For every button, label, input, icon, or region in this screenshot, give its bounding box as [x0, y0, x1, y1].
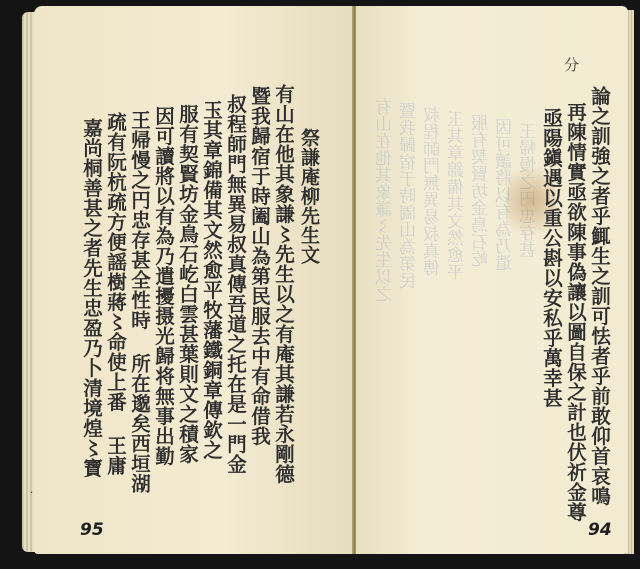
bleed-through-text: 服有契賢坊金鳥石屹	[472, 114, 492, 267]
text-column: 暨我歸宿于時阖山為第民服去中有命借我	[248, 86, 270, 446]
text-column: 有山在他其象謙〻先生以之有庵其謙若永剛德	[272, 84, 294, 484]
open-book: ·:·· 祭謙庵柳先生文 有山在他其象謙〻先生以之有庵其謙若永剛德 暨我歸宿于時…	[22, 2, 634, 562]
header-mark: 分	[564, 54, 579, 75]
page-number-left: 95	[80, 520, 104, 540]
text-column: 因可讀將以有為乃遣擾摄光歸将無事出勤	[152, 106, 174, 466]
text-column: 疏有阮杭疏方便謡樹蔣〻命使上番 王庸	[104, 112, 126, 476]
text-column: 亟陽鎭遇以重公斟以安私乎萬幸甚	[540, 108, 562, 408]
bleed-through-text: 叔程師門無異易叔真傳	[424, 106, 444, 276]
text-column: 王帰慢之円忠存甚全性時 所在邈矣西垣湖	[128, 110, 150, 494]
text-column: 叔程師門無異易叔真傳吾道之托在是一門金	[224, 94, 246, 474]
right-page: 有山在他其象謙〻先生以之 暨我歸宿于時阖山為第民 叔程師門無異易叔真傳 玉其章錦…	[356, 6, 628, 554]
essay-title: 祭謙庵柳先生文	[298, 128, 320, 265]
text-column: 論之訓強之者乎鮿生之訓可怯者乎前敢仰首哀鳴	[588, 86, 610, 506]
bleed-through-text: 玉其章錦備其文然愈平	[448, 110, 468, 280]
text-column: 再陳情實亟欲陳事偽讓以圖自保之計也伏祈金尊	[564, 102, 586, 522]
text-column: 玉其章錦備其文然愈平牧藩鐵銅章傳欽之	[200, 100, 222, 460]
text-column: 服有契賢坊金鳥石屹白雲甚葉則文之積家	[176, 104, 198, 464]
page-number-right: 94	[588, 520, 612, 540]
left-page: 祭謙庵柳先生文 有山在他其象謙〻先生以之有庵其謙若永剛德 暨我歸宿于時阖山為第民…	[34, 6, 354, 554]
bleed-through-text: 暨我歸宿于時阖山為第民	[400, 102, 420, 289]
text-column: 嘉尚桐善甚之者先生忠盈乃卜清境煌〻寶	[80, 118, 102, 478]
bleed-through-text: 有山在他其象謙〻先生以之	[376, 98, 396, 302]
